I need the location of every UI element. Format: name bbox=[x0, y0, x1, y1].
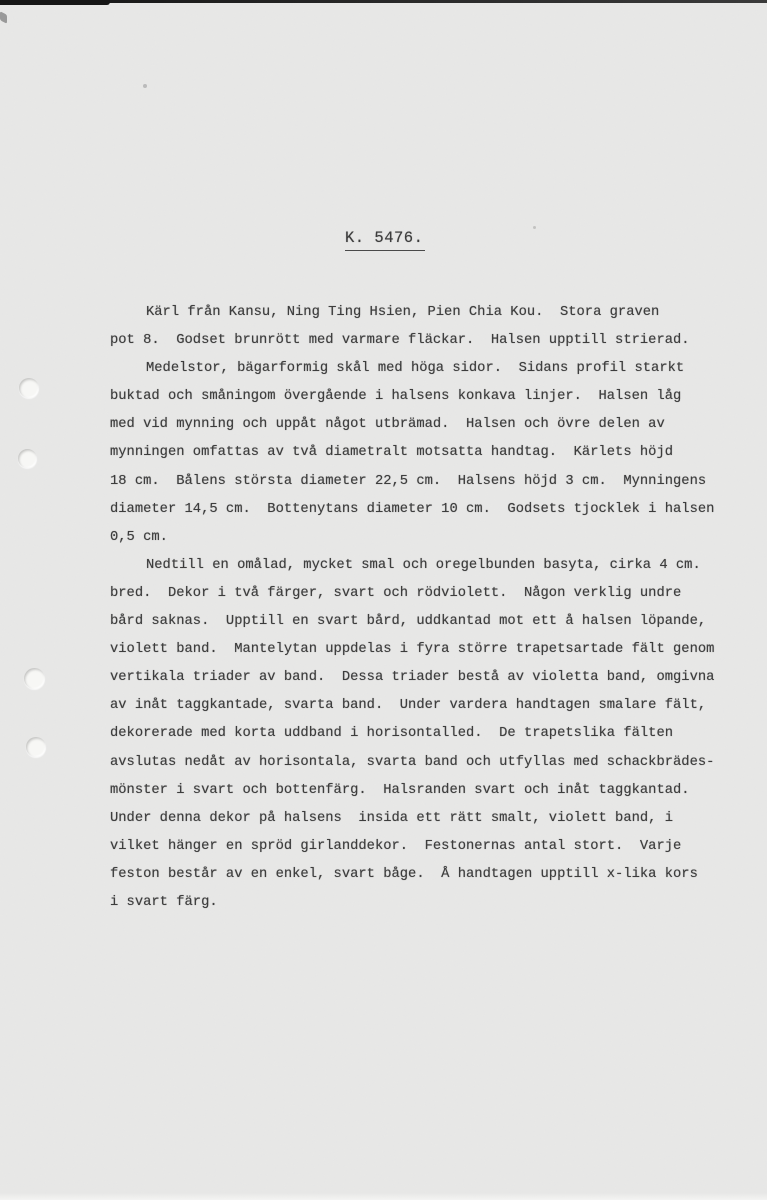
punch-hole bbox=[19, 378, 39, 398]
paragraph: Kärl från Kansu, Ning Ting Hsien, Pien C… bbox=[110, 299, 740, 355]
text-line: pot 8. Godset brunrött med varmare fläck… bbox=[110, 327, 740, 355]
text-line: 0,5 cm. bbox=[110, 524, 740, 552]
text-line: bård saknas. Upptill en svart bård, uddk… bbox=[110, 608, 740, 636]
text-line: bred. Dekor i två färger, svart och rödv… bbox=[110, 580, 740, 608]
paper-speck bbox=[533, 226, 536, 229]
text-line: Nedtill en omålad, mycket smal och orege… bbox=[110, 552, 740, 580]
text-line: diameter 14,5 cm. Bottenytans diameter 1… bbox=[110, 496, 740, 524]
text-line: i svart färg. bbox=[110, 889, 740, 917]
punch-hole bbox=[26, 737, 46, 757]
text-line: med vid mynning och uppåt något utbrämad… bbox=[110, 411, 740, 439]
text-line: feston består av en enkel, svart båge. Å… bbox=[110, 861, 740, 889]
text-line: buktad och småningom övergående i halsen… bbox=[110, 383, 740, 411]
scan-edge-artifact-left bbox=[0, 11, 7, 24]
punch-hole bbox=[24, 668, 45, 689]
text-line: avslutas nedåt av horisontala, svarta ba… bbox=[110, 749, 740, 777]
text-line: dekorerade med korta uddband i horisonta… bbox=[110, 720, 740, 748]
text-line: mynningen omfattas av två diametralt mot… bbox=[110, 439, 740, 467]
text-line: av inåt taggkantade, svarta band. Under … bbox=[110, 692, 740, 720]
text-line: Medelstor, bägarformig skål med höga sid… bbox=[110, 355, 740, 383]
paragraph: Medelstor, bägarformig skål med höga sid… bbox=[110, 355, 740, 552]
text-line: mönster i svart och bottenfärg. Halsrand… bbox=[110, 777, 740, 805]
text-line: vilket hänger en spröd girlanddekor. Fes… bbox=[110, 833, 740, 861]
catalog-number-heading: K. 5476. bbox=[345, 229, 425, 251]
paper-speck bbox=[143, 84, 147, 88]
text-line: vertikala triader av band. Dessa triader… bbox=[110, 664, 740, 692]
text-line: 18 cm. Bålens största diameter 22,5 cm. … bbox=[110, 468, 740, 496]
scanned-document-page: K. 5476. Kärl från Kansu, Ning Ting Hsie… bbox=[0, 0, 767, 1200]
text-line: violett band. Mantelytan uppdelas i fyra… bbox=[110, 636, 740, 664]
document-body: Kärl från Kansu, Ning Ting Hsien, Pien C… bbox=[110, 299, 740, 917]
punch-hole bbox=[18, 449, 37, 468]
scan-edge-artifact-top-left bbox=[0, 0, 110, 5]
paragraph: Nedtill en omålad, mycket smal och orege… bbox=[110, 552, 740, 917]
scan-edge-artifact-bottom bbox=[0, 1193, 767, 1200]
text-line: Kärl från Kansu, Ning Ting Hsien, Pien C… bbox=[110, 299, 740, 327]
scan-edge-artifact-top bbox=[0, 0, 767, 3]
text-line: Under denna dekor på halsens insida ett … bbox=[110, 805, 740, 833]
